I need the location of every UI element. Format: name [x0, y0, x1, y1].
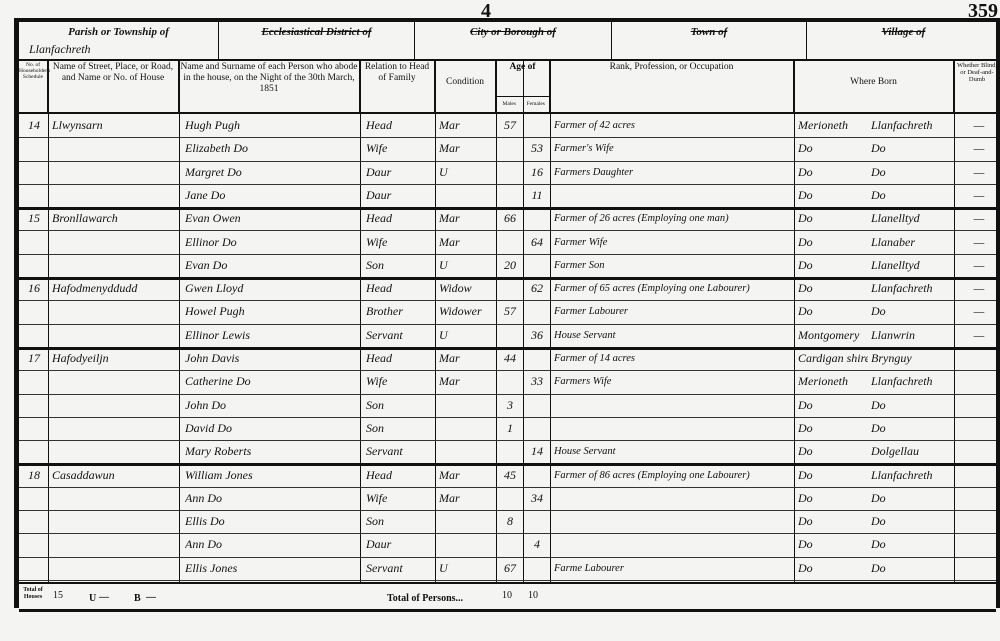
cell-born-county: Merioneth: [798, 370, 868, 393]
cell-schedule: [21, 324, 47, 347]
cell-relation: Daur: [366, 161, 432, 184]
cell-female: 33: [526, 370, 548, 393]
cell-occupation: Farmer of 65 acres (Employing one Labour…: [554, 277, 792, 300]
cell-female: [526, 464, 548, 487]
cell-name: Evan Do: [185, 254, 357, 277]
cell-condition: Mar: [439, 207, 494, 230]
table-row: Catherine DoWifeMar33Farmers WifeMerione…: [19, 370, 996, 394]
cell-schedule: 18: [21, 464, 47, 487]
cell-born-county: Do: [798, 533, 868, 556]
cell-born-county: Do: [798, 417, 868, 440]
cell-born-county: Do: [798, 277, 868, 300]
cell-female: 14: [526, 440, 548, 463]
cell-born-county: Do: [798, 557, 868, 580]
cell-born-parish: Llanelltyd: [871, 207, 953, 230]
cell-born-parish: Llanaber: [871, 231, 953, 254]
cell-name: Catherine Do: [185, 370, 357, 393]
cell-female: 16: [526, 161, 548, 184]
cell-schedule: [21, 184, 47, 207]
cell-name: Elizabeth Do: [185, 137, 357, 160]
cell-relation: Son: [366, 417, 432, 440]
cell-male: 44: [499, 347, 521, 370]
cell-relation: Wife: [366, 370, 432, 393]
cell-relation: Head: [366, 464, 432, 487]
cell-condition: [439, 510, 494, 533]
cell-female: [526, 417, 548, 440]
cell-born-county: Do: [798, 440, 868, 463]
cell-occupation: Farmer of 86 acres (Employing one Labour…: [554, 464, 792, 487]
b-value: —: [146, 592, 156, 603]
cell-house: Llwynsarn: [52, 114, 178, 137]
cell-name: Ellinor Do: [185, 231, 357, 254]
cell-born-parish: Do: [871, 487, 953, 510]
cell-blind: [959, 440, 999, 463]
cell-name: Ellinor Lewis: [185, 324, 357, 347]
cell-house: Casaddawun: [52, 464, 178, 487]
cell-condition: Mar: [439, 347, 494, 370]
cell-schedule: 16: [21, 277, 47, 300]
cell-male: [499, 533, 521, 556]
village-cell: Village of: [807, 22, 1000, 59]
cell-born-parish: Do: [871, 557, 953, 580]
cell-blind: [959, 557, 999, 580]
cell-occupation: House Servant: [554, 324, 792, 347]
cell-male: [499, 277, 521, 300]
ecclesiastical-cell: Ecclesiastical District of: [219, 22, 415, 59]
cell-condition: Mar: [439, 114, 494, 137]
cell-occupation: Farmers Wife: [554, 370, 792, 393]
table-row: Howel PughBrotherWidower57Farmer Laboure…: [19, 300, 996, 324]
cell-condition: [439, 394, 494, 417]
ecclesiastical-label: Ecclesiastical District of: [219, 26, 414, 38]
cell-schedule: [21, 370, 47, 393]
cell-occupation: [554, 394, 792, 417]
cell-female: 64: [526, 231, 548, 254]
table-row: Margret DoDaurU16Farmers DaughterDoDo—: [19, 161, 996, 185]
table-row: John DoSon3DoDo: [19, 394, 996, 418]
cell-name: Howel Pugh: [185, 300, 357, 323]
cell-schedule: [21, 533, 47, 556]
cell-female: 62: [526, 277, 548, 300]
cell-occupation: [554, 184, 792, 207]
cell-occupation: Farmer of 14 acres: [554, 347, 792, 370]
cell-occupation: Farmer of 26 acres (Employing one man): [554, 207, 792, 230]
cell-house: Bronllawarch: [52, 207, 178, 230]
cell-female: 53: [526, 137, 548, 160]
cell-female: [526, 300, 548, 323]
cell-schedule: [21, 231, 47, 254]
town-cell: Town of: [612, 22, 807, 59]
cell-female: [526, 254, 548, 277]
cell-schedule: [21, 394, 47, 417]
cell-male: [499, 370, 521, 393]
cell-born-county: Do: [798, 184, 868, 207]
cell-occupation: Farme Labourer: [554, 557, 792, 580]
cell-occupation: Farmer Son: [554, 254, 792, 277]
cell-blind: —: [959, 277, 999, 300]
cell-occupation: Farmer of 42 acres: [554, 114, 792, 137]
cell-female: 34: [526, 487, 548, 510]
cell-house: [52, 370, 178, 393]
cell-relation: Head: [366, 207, 432, 230]
parish-cell: Parish or Township of Llanfachreth: [19, 22, 219, 59]
cell-female: [526, 347, 548, 370]
cell-born-county: Montgomery: [798, 324, 868, 347]
cell-born-county: Do: [798, 231, 868, 254]
cell-name: Ellis Jones: [185, 557, 357, 580]
cell-occupation: Farmers Daughter: [554, 161, 792, 184]
cell-relation: Wife: [366, 487, 432, 510]
cell-male: [499, 324, 521, 347]
cell-female: 4: [526, 533, 548, 556]
b-label: B: [134, 593, 141, 604]
cell-condition: U: [439, 324, 494, 347]
cell-condition: Widower: [439, 300, 494, 323]
table-row: Ellis JonesServantU67Farme LabourerDoDo: [19, 557, 996, 581]
col-name: Name and Surname of each Person who abod…: [179, 59, 360, 114]
cell-name: Gwen Lloyd: [185, 277, 357, 300]
cell-house: [52, 324, 178, 347]
cell-name: Margret Do: [185, 161, 357, 184]
table-row: Ann DoWifeMar34DoDo: [19, 487, 996, 511]
cell-male: [499, 184, 521, 207]
cell-house: Hafodmenyddudd: [52, 277, 178, 300]
u-label: U: [89, 593, 96, 604]
cell-schedule: 15: [21, 207, 47, 230]
cell-house: [52, 394, 178, 417]
cell-male: 67: [499, 557, 521, 580]
cell-female: 36: [526, 324, 548, 347]
cell-blind: [959, 370, 999, 393]
cell-condition: [439, 184, 494, 207]
cell-condition: [439, 533, 494, 556]
cell-name: Ellis Do: [185, 510, 357, 533]
col-schedule: No. of Householder's Schedule: [19, 59, 48, 114]
cell-born-county: Do: [798, 487, 868, 510]
cell-house: [52, 137, 178, 160]
cell-occupation: [554, 510, 792, 533]
village-label: Village of: [807, 26, 1000, 38]
cell-blind: —: [959, 161, 999, 184]
cell-male: 20: [499, 254, 521, 277]
table-row: 16HafodmenydduddGwen LloydHeadWidow62Far…: [19, 277, 996, 301]
table-row: 17HafodyeiljnJohn DavisHeadMar44Farmer o…: [19, 347, 996, 371]
cell-schedule: [21, 487, 47, 510]
cell-name: William Jones: [185, 464, 357, 487]
cell-condition: Mar: [439, 370, 494, 393]
cell-female: [526, 207, 548, 230]
cell-born-county: Merioneth: [798, 114, 868, 137]
cell-condition: Mar: [439, 487, 494, 510]
cell-schedule: [21, 300, 47, 323]
cell-occupation: Farmer's Wife: [554, 137, 792, 160]
table-row: Elizabeth DoWifeMar53Farmer's WifeDoDo—: [19, 137, 996, 161]
cell-relation: Daur: [366, 184, 432, 207]
total-houses-label: Total of Houses: [19, 587, 47, 601]
cell-occupation: Farmer Wife: [554, 231, 792, 254]
cell-schedule: 17: [21, 347, 47, 370]
cell-relation: Head: [366, 347, 432, 370]
table-row: Ann DoDaur4DoDo: [19, 533, 996, 557]
total-houses-value: 15: [53, 590, 63, 601]
cell-name: Ann Do: [185, 487, 357, 510]
cell-relation: Head: [366, 277, 432, 300]
cell-born-county: Do: [798, 161, 868, 184]
cell-relation: Brother: [366, 300, 432, 323]
cell-female: [526, 394, 548, 417]
totals-footer: Total of Houses 15 U — B — Total of Pers…: [19, 582, 996, 612]
cell-blind: [959, 464, 999, 487]
cell-occupation: Farmer Labourer: [554, 300, 792, 323]
cell-name: David Do: [185, 417, 357, 440]
cell-blind: [959, 394, 999, 417]
cell-born-county: Do: [798, 300, 868, 323]
cell-born-parish: Do: [871, 300, 953, 323]
cell-condition: Mar: [439, 137, 494, 160]
cell-born-parish: Do: [871, 137, 953, 160]
cell-male: [499, 137, 521, 160]
cell-relation: Son: [366, 254, 432, 277]
cell-relation: Head: [366, 114, 432, 137]
col-relation: Relation to Head of Family: [360, 59, 435, 114]
cell-condition: U: [439, 254, 494, 277]
town-label: Town of: [612, 26, 806, 38]
cell-name: John Do: [185, 394, 357, 417]
cell-name: Hugh Pugh: [185, 114, 357, 137]
cell-condition: [439, 417, 494, 440]
total-persons-label: Total of Persons...: [387, 593, 463, 604]
city-label: City or Borough of: [415, 26, 611, 38]
cell-male: [499, 161, 521, 184]
cell-male: [499, 231, 521, 254]
cell-female: [526, 510, 548, 533]
cell-schedule: [21, 417, 47, 440]
cell-male: 57: [499, 114, 521, 137]
cell-schedule: 14: [21, 114, 47, 137]
cell-female: 11: [526, 184, 548, 207]
cell-born-county: Cardigan shire: [798, 347, 868, 370]
cell-blind: [959, 510, 999, 533]
cell-blind: —: [959, 300, 999, 323]
cell-born-parish: Do: [871, 510, 953, 533]
cell-born-parish: Dolgellau: [871, 440, 953, 463]
cell-born-county: Do: [798, 510, 868, 533]
cell-schedule: [21, 161, 47, 184]
cell-occupation: House Servant: [554, 440, 792, 463]
col-street: Name of Street, Place, or Road, and Name…: [48, 59, 179, 114]
cell-occupation: [554, 487, 792, 510]
cell-house: [52, 487, 178, 510]
cell-name: Evan Owen: [185, 207, 357, 230]
cell-condition: [439, 440, 494, 463]
cell-relation: Wife: [366, 137, 432, 160]
cell-house: Hafodyeiljn: [52, 347, 178, 370]
cell-house: [52, 440, 178, 463]
cell-born-county: Do: [798, 464, 868, 487]
cell-relation: Son: [366, 510, 432, 533]
cell-male: 57: [499, 300, 521, 323]
total-females: 10: [528, 590, 538, 601]
cell-born-parish: Llanwrin: [871, 324, 953, 347]
cell-relation: Servant: [366, 557, 432, 580]
cell-occupation: [554, 417, 792, 440]
cell-blind: —: [959, 207, 999, 230]
cell-relation: Son: [366, 394, 432, 417]
cell-born-county: Do: [798, 207, 868, 230]
males-label: Males: [496, 96, 524, 112]
cell-male: 45: [499, 464, 521, 487]
city-cell: City or Borough of: [415, 22, 612, 59]
cell-relation: Servant: [366, 324, 432, 347]
parish-value: Llanfachreth: [29, 42, 91, 57]
table-row: 18CasaddawunWilliam JonesHeadMar45Farmer…: [19, 464, 996, 488]
cell-born-parish: Do: [871, 394, 953, 417]
table-row: Ellinor DoWifeMar64Farmer WifeDoLlanaber…: [19, 231, 996, 255]
u-value: —: [99, 592, 109, 603]
cell-condition: U: [439, 161, 494, 184]
cell-born-parish: Llanfachreth: [871, 370, 953, 393]
cell-blind: —: [959, 231, 999, 254]
cell-name: John Davis: [185, 347, 357, 370]
table-row: 14LlwynsarnHugh PughHeadMar57Farmer of 4…: [19, 114, 996, 138]
cell-born-parish: Do: [871, 417, 953, 440]
col-blind: Whether Blind, or Deaf-and-Dumb: [954, 59, 1000, 114]
cell-born-parish: Llanfachreth: [871, 277, 953, 300]
cell-born-county: Do: [798, 254, 868, 277]
cell-blind: —: [959, 324, 999, 347]
col-occupation: Rank, Profession, or Occupation: [550, 59, 794, 114]
cell-male: [499, 440, 521, 463]
cell-male: 66: [499, 207, 521, 230]
cell-born-parish: Brynguy: [871, 347, 953, 370]
cell-condition: Mar: [439, 231, 494, 254]
table-row: Ellis DoSon8DoDo: [19, 510, 996, 534]
cell-house: [52, 161, 178, 184]
cell-schedule: [21, 440, 47, 463]
cell-house: [52, 254, 178, 277]
cell-name: Mary Roberts: [185, 440, 357, 463]
cell-house: [52, 417, 178, 440]
cell-blind: —: [959, 137, 999, 160]
cell-schedule: [21, 254, 47, 277]
cell-male: 1: [499, 417, 521, 440]
cell-born-parish: Do: [871, 184, 953, 207]
table-row: 15BronllawarchEvan OwenHeadMar66Farmer o…: [19, 207, 996, 231]
cell-born-parish: Do: [871, 533, 953, 556]
cell-schedule: [21, 137, 47, 160]
table-row: David DoSon1DoDo: [19, 417, 996, 441]
col-born: Where Born: [794, 59, 954, 114]
col-condition: Condition: [435, 59, 496, 114]
cell-schedule: [21, 557, 47, 580]
district-header: Parish or Township of Llanfachreth Eccle…: [19, 22, 996, 61]
cell-condition: U: [439, 557, 494, 580]
cell-relation: Wife: [366, 231, 432, 254]
cell-female: [526, 557, 548, 580]
cell-blind: [959, 347, 999, 370]
cell-born-parish: Llanfachreth: [871, 114, 953, 137]
cell-male: 8: [499, 510, 521, 533]
cell-house: [52, 510, 178, 533]
cell-name: Jane Do: [185, 184, 357, 207]
cell-born-county: Do: [798, 394, 868, 417]
cell-condition: Mar: [439, 464, 494, 487]
cell-house: [52, 184, 178, 207]
cell-house: [52, 300, 178, 323]
cell-blind: [959, 417, 999, 440]
cell-house: [52, 231, 178, 254]
cell-blind: [959, 487, 999, 510]
cell-blind: [959, 533, 999, 556]
total-males: 10: [502, 590, 512, 601]
cell-blind: —: [959, 184, 999, 207]
census-sheet: Parish or Township of Llanfachreth Eccle…: [14, 18, 1000, 608]
cell-blind: —: [959, 254, 999, 277]
cell-born-parish: Llanelltyd: [871, 254, 953, 277]
cell-male: 3: [499, 394, 521, 417]
cell-condition: Widow: [439, 277, 494, 300]
females-label: Females: [523, 96, 550, 112]
cell-blind: —: [959, 114, 999, 137]
cell-schedule: [21, 510, 47, 533]
cell-born-parish: Llanfachreth: [871, 464, 953, 487]
cell-male: [499, 487, 521, 510]
cell-house: [52, 557, 178, 580]
cell-relation: Servant: [366, 440, 432, 463]
cell-occupation: [554, 533, 792, 556]
cell-relation: Daur: [366, 533, 432, 556]
cell-born-county: Do: [798, 137, 868, 160]
cell-born-parish: Do: [871, 161, 953, 184]
cell-house: [52, 533, 178, 556]
cell-name: Ann Do: [185, 533, 357, 556]
parish-label: Parish or Township of: [19, 26, 218, 38]
cell-female: [526, 114, 548, 137]
